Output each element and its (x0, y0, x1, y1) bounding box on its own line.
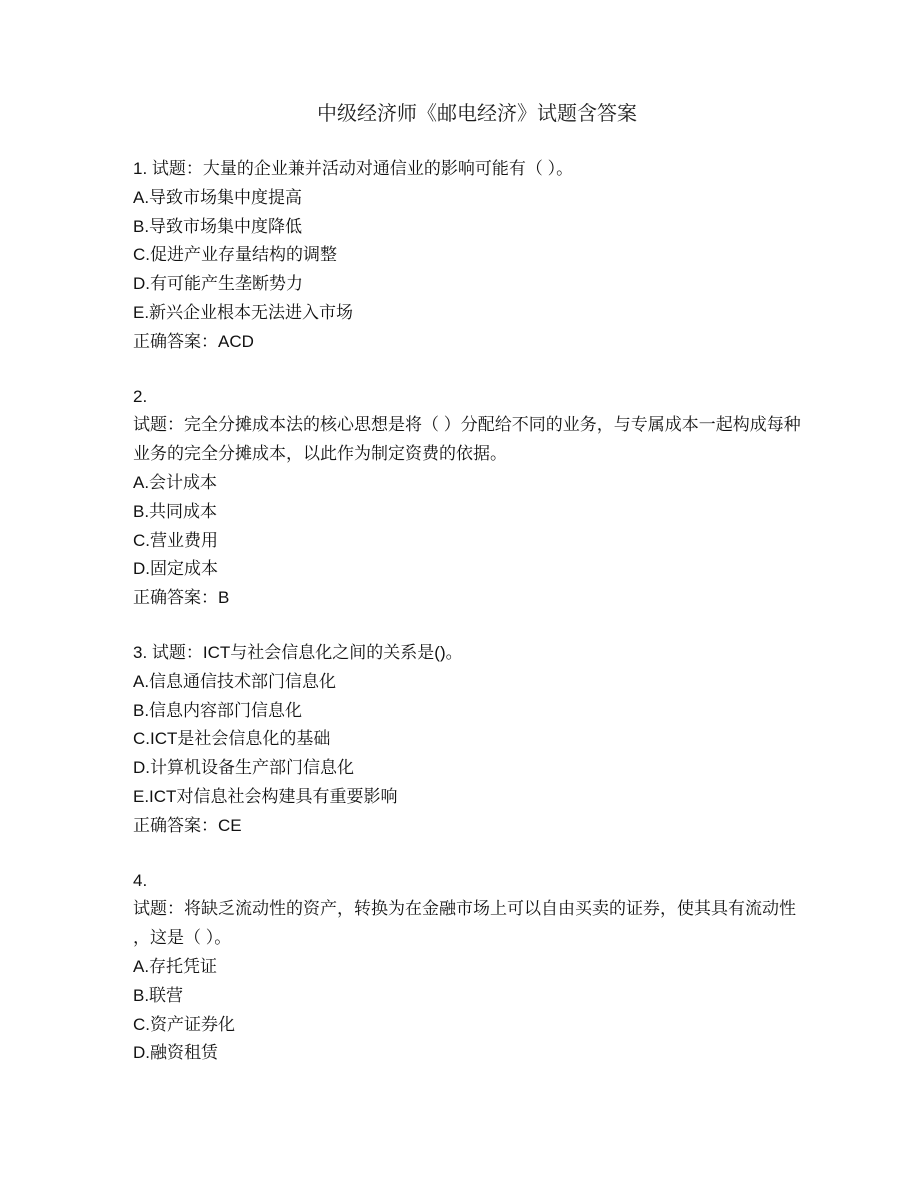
question-1: 1. 试题：大量的企业兼并活动对通信业的影响可能有（ ）。 A.导致市场集中度提… (133, 155, 821, 357)
option-d: D.融资租赁 (133, 1039, 821, 1068)
option-e: E.新兴企业根本无法进入市场 (133, 299, 821, 328)
option-d: D.有可能产生垄断势力 (133, 270, 821, 299)
answer-label: 正确答案： (133, 332, 218, 351)
answer-label: 正确答案： (133, 588, 218, 607)
question-stem: 试题：大量的企业兼并活动对通信业的影响可能有（ ）。 (152, 159, 573, 178)
answer-value: CE (218, 816, 242, 835)
question-head: 1. 试题：大量的企业兼并活动对通信业的影响可能有（ ）。 (133, 155, 821, 184)
option-a: A.信息通信技术部门信息化 (133, 668, 821, 697)
option-e: E.ICT对信息社会构建具有重要影响 (133, 783, 821, 812)
question-stem: 试题：完全分摊成本法的核心思想是将（ ）分配给不同的业务，与专属成本一起构成每种… (133, 411, 821, 469)
option-b: B.信息内容部门信息化 (133, 697, 821, 726)
question-number: 2. (133, 383, 821, 412)
option-c: C.促进产业存量结构的调整 (133, 241, 821, 270)
answer-label: 正确答案： (133, 816, 218, 835)
option-b: B.联营 (133, 982, 821, 1011)
option-b: B.共同成本 (133, 498, 821, 527)
question-number: 3. (133, 643, 147, 662)
option-d: D.固定成本 (133, 555, 821, 584)
option-c: C.营业费用 (133, 527, 821, 556)
question-stem: 试题：ICT与社会信息化之间的关系是()。 (152, 643, 463, 662)
answer-value: B (218, 588, 229, 607)
document-content: 中级经济师《邮电经济》试题含答案 1. 试题：大量的企业兼并活动对通信业的影响可… (133, 0, 821, 1068)
option-a: A.存托凭证 (133, 953, 821, 982)
question-number: 4. (133, 867, 821, 896)
option-c: C.ICT是社会信息化的基础 (133, 725, 821, 754)
option-c: C.资产证券化 (133, 1011, 821, 1040)
question-number: 1. (133, 159, 147, 178)
document-title: 中级经济师《邮电经济》试题含答案 (133, 0, 821, 129)
option-d: D.计算机设备生产部门信息化 (133, 754, 821, 783)
question-2: 2. 试题：完全分摊成本法的核心思想是将（ ）分配给不同的业务，与专属成本一起构… (133, 383, 821, 613)
document-page: 中级经济师《邮电经济》试题含答案 1. 试题：大量的企业兼并活动对通信业的影响可… (0, 0, 920, 1191)
answer-line: 正确答案：CE (133, 812, 821, 841)
answer-line: 正确答案：B (133, 584, 821, 613)
option-a: A.导致市场集中度提高 (133, 184, 821, 213)
question-stem: 试题：将缺乏流动性的资产，转换为在金融市场上可以自由买卖的证券，使其具有流动性 … (133, 895, 821, 953)
answer-value: ACD (218, 332, 254, 351)
answer-line: 正确答案：ACD (133, 328, 821, 357)
question-3: 3. 试题：ICT与社会信息化之间的关系是()。 A.信息通信技术部门信息化 B… (133, 639, 821, 841)
question-4: 4. 试题：将缺乏流动性的资产，转换为在金融市场上可以自由买卖的证券，使其具有流… (133, 867, 821, 1069)
option-b: B.导致市场集中度降低 (133, 213, 821, 242)
option-a: A.会计成本 (133, 469, 821, 498)
question-head: 3. 试题：ICT与社会信息化之间的关系是()。 (133, 639, 821, 668)
